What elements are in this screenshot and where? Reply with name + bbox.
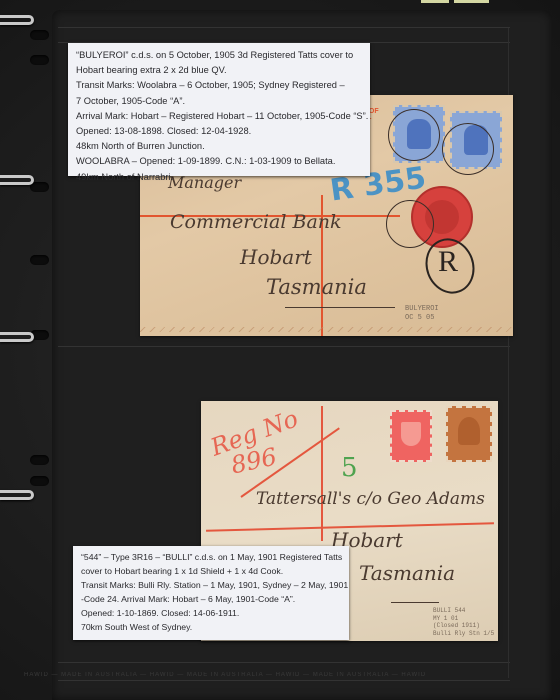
pocket-strip <box>58 662 510 663</box>
label-line: 7 October, 1905-Code “A”. <box>76 94 362 109</box>
label-line: WOOLABRA – Opened: 1-09-1899. C.N.: 1-03… <box>76 154 362 169</box>
pocket-strip <box>58 346 510 347</box>
label-line: Hobart bearing extra 2 x 2d blue QV. <box>76 63 362 78</box>
label-line: Opened: 13-08-1898. Closed: 12-04-1928. <box>76 124 362 139</box>
address-line: Commercial Bank <box>170 211 342 233</box>
label-line: Transit Marks: Bulli Rly. Station – 1 Ma… <box>81 579 341 593</box>
page-footer-imprint: HAWID — MADE IN AUSTRALIA — HAWID — MADE… <box>24 672 514 678</box>
binder-ring <box>0 15 34 25</box>
binder-hole <box>30 182 49 192</box>
address-line: Tasmania <box>359 561 455 585</box>
address-line: Hobart <box>240 245 312 269</box>
binder-hole <box>30 455 49 465</box>
label-line: 49km North of Narrabri. <box>76 170 362 185</box>
label-line: 48km North of Burren Junction. <box>76 139 362 154</box>
stamp-4d-cook <box>446 406 492 462</box>
binder-hole <box>30 255 49 265</box>
label-line: Opened: 1-10-1869. Closed: 14-06-1911. <box>81 607 341 621</box>
label-line: “BULYEROI” c.d.s. on 5 October, 1905 3d … <box>76 48 362 63</box>
binder-hole <box>30 30 49 40</box>
binder-ring <box>0 490 34 500</box>
page-tab[interactable] <box>454 0 489 3</box>
pocket-strip <box>58 680 510 681</box>
label-line: “544” – Type 3R16 – “BULLI” c.d.s. on 1 … <box>81 551 341 565</box>
label-line: Transit Marks: Woolabra – 6 October, 190… <box>76 78 362 93</box>
label-line: 70km South West of Sydney. <box>81 621 341 635</box>
pocket-strip <box>58 27 510 28</box>
address-underline <box>285 307 395 308</box>
green-crayon-mark: 5 <box>341 453 358 483</box>
page-tab[interactable] <box>421 0 449 3</box>
envelope-border <box>140 327 513 332</box>
bulyeroi-postmark <box>386 200 434 248</box>
bulyeroi-postmark <box>442 123 494 175</box>
binder-hole <box>30 55 49 65</box>
cover-description-label: “BULYEROI” c.d.s. on 5 October, 1905 3d … <box>68 43 370 176</box>
registration-line <box>321 406 323 541</box>
binder-ring <box>0 175 34 185</box>
address-underline <box>391 602 439 603</box>
stamp-1d-shield <box>390 410 432 462</box>
address-line: Tattersall's c/o Geo Adams <box>256 489 485 509</box>
binder-hole <box>30 476 49 486</box>
registration-r-letter: R <box>438 245 458 279</box>
label-line: Arrival Mark: Hobart – Registered Hobart… <box>76 109 362 124</box>
stamp-album: HAWID — MADE IN AUSTRALIA — HAWID — MADE… <box>0 0 560 700</box>
address-line: Tasmania <box>266 275 367 299</box>
pencil-note: BULYEROI OC 5 05 <box>405 305 439 323</box>
pencil-note: BULLI 544 MY 1 01 (Closed 1911) Bulli Rl… <box>433 607 494 637</box>
label-line: cover to Hobart bearing 1 x 1d Shield + … <box>81 565 341 579</box>
bulyeroi-postmark <box>388 109 440 161</box>
label-line: -Code 24. Arrival Mark: Hobart – 6 May, … <box>81 593 341 607</box>
binder-ring <box>0 332 34 342</box>
cover-description-label: “544” – Type 3R16 – “BULLI” c.d.s. on 1 … <box>73 546 349 640</box>
